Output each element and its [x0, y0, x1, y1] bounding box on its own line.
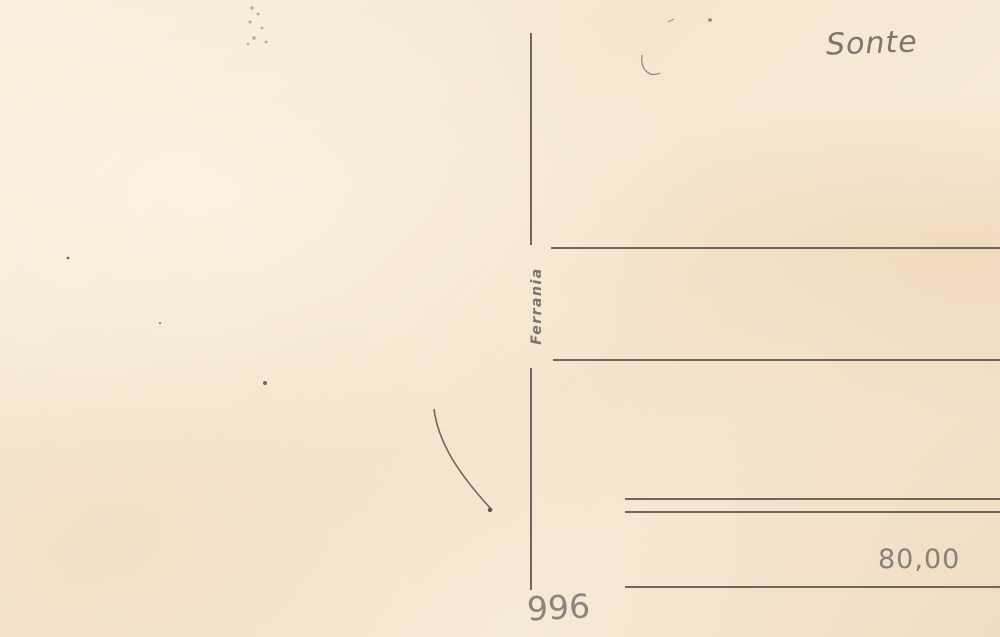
address-line-1	[551, 247, 1000, 249]
center-divider-bottom	[530, 368, 532, 590]
address-line-4	[625, 511, 1000, 513]
handwritten-catalog-number: 996	[526, 586, 591, 628]
curved-pencil-stroke	[434, 409, 492, 512]
center-divider-top	[530, 33, 532, 245]
address-line-3	[625, 498, 1000, 500]
brand-imprint: Ferrania	[529, 267, 545, 344]
handwritten-name: Sonte	[825, 24, 918, 62]
faint-pencil-arc	[642, 18, 712, 74]
paper-specks	[67, 257, 267, 385]
pencil-marks-overlay	[0, 0, 1000, 637]
address-line-2	[553, 359, 1000, 361]
handwritten-price: 80,00	[878, 544, 960, 575]
address-line-5	[625, 586, 1000, 588]
stamp-residue-specks	[247, 6, 268, 45]
postcard-back: Ferrania Sonte 80,00 996	[0, 0, 1000, 637]
